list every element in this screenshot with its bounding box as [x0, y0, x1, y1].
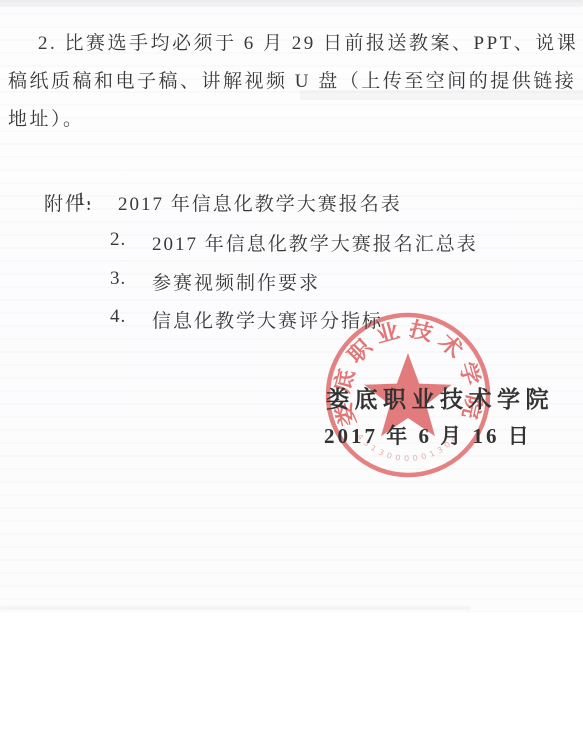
attachment-number: 2.	[110, 229, 152, 256]
attachment-title: 参赛视频制作要求	[152, 268, 320, 295]
attachment-title: 2017 年信息化教学大赛报名表	[118, 189, 402, 216]
attachment-title: 2017 年信息化教学大赛报名汇总表	[152, 229, 478, 256]
attachment-item-4: 4. 信息化教学大赛评分指标	[110, 306, 383, 333]
attachment-item-3: 3. 参赛视频制作要求	[110, 268, 320, 295]
scan-artifact	[0, 606, 470, 610]
attachment-item-2: 2. 2017 年信息化教学大赛报名汇总表	[110, 229, 478, 256]
document-page: 娄底职业技术学院 4313000001304 2. 比赛选手均必须于 6 月 2…	[0, 0, 583, 751]
attachment-number: 1.	[76, 189, 118, 216]
paragraph-line-1: 2. 比赛选手均必须于 6 月 29 日前报送教案、PPT、说课	[38, 28, 578, 55]
scan-artifact	[0, 0, 583, 7]
signature-date: 2017 年 6 月 16 日	[324, 420, 532, 450]
signature-organization: 娄底职业技术学院	[326, 381, 554, 414]
attachment-number: 3.	[110, 268, 152, 295]
attachment-title: 信息化教学大赛评分指标	[152, 306, 383, 333]
paragraph-line-3: 地址）。	[8, 104, 85, 131]
paragraph-line-2: 稿纸质稿和电子稿、讲解视频 U 盘（上传至空间的提供链接	[8, 66, 576, 93]
attachment-item-1: 1. 2017 年信息化教学大赛报名表	[76, 189, 402, 216]
attachment-number: 4.	[110, 306, 152, 333]
